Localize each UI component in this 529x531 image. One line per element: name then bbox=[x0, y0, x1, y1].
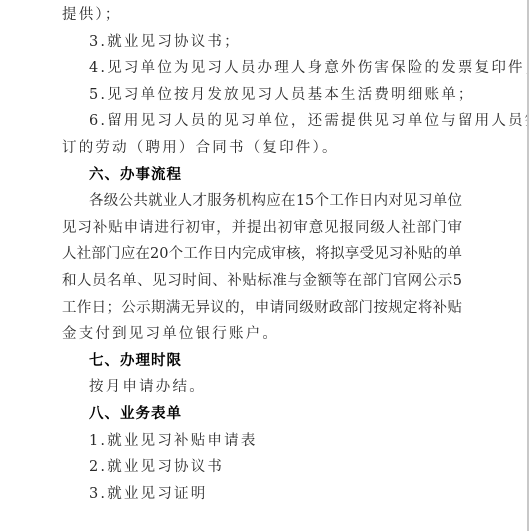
form-item-3: 3.就业见习证明 bbox=[62, 481, 462, 508]
process-paragraph-line: 人社部门应在20个工作日内完成审核，将拟享受见习补贴的单位 bbox=[62, 241, 462, 268]
time-limit-text: 按月申请办结。 bbox=[62, 374, 462, 401]
required-material-item-5: 5.见习单位按月发放见习人员基本生活费明细账单； bbox=[62, 82, 462, 109]
section-heading-process: 六、办事流程 bbox=[62, 162, 462, 189]
process-paragraph-line: 和人员名单、见习时间、补贴标准与金额等在部门官网公示5个 bbox=[62, 268, 462, 295]
form-item-2: 2.就业见习协议书 bbox=[62, 454, 462, 481]
section-heading-time-limit: 七、办理时限 bbox=[62, 348, 462, 375]
required-material-item-4: 4.见习单位为见习人员办理人身意外伤害保险的发票复印件； bbox=[62, 55, 462, 82]
section-heading-forms: 八、业务表单 bbox=[62, 401, 462, 428]
required-material-item-3: 3.就业见习协议书； bbox=[62, 29, 462, 56]
document-page: 提供）； 3.就业见习协议书； 4.见习单位为见习人员办理人身意外伤害保险的发票… bbox=[0, 0, 527, 531]
process-paragraph-line: 工作日；公示期满无异议的，申请同级财政部门按规定将补贴资 bbox=[62, 295, 462, 322]
required-material-item-6-cont: 订的劳动（聘用）合同书（复印件）。 bbox=[62, 135, 462, 162]
process-paragraph-line: 见习补贴申请进行初审，并提出初审意见报同级人社部门审核。 bbox=[62, 215, 462, 242]
process-paragraph-line: 各级公共就业人才服务机构应在15个工作日内对见习单位的 bbox=[62, 188, 462, 215]
text-line: 提供）； bbox=[62, 2, 462, 29]
process-paragraph-line: 金支付到见习单位银行账户。 bbox=[62, 321, 462, 348]
required-material-item-6: 6.留用见习人员的见习单位，还需提供见习单位与留用人员签 bbox=[62, 108, 462, 135]
form-item-1: 1.就业见习补贴申请表 bbox=[62, 428, 462, 455]
document-content: 提供）； 3.就业见习协议书； 4.见习单位为见习人员办理人身意外伤害保险的发票… bbox=[62, 2, 462, 507]
